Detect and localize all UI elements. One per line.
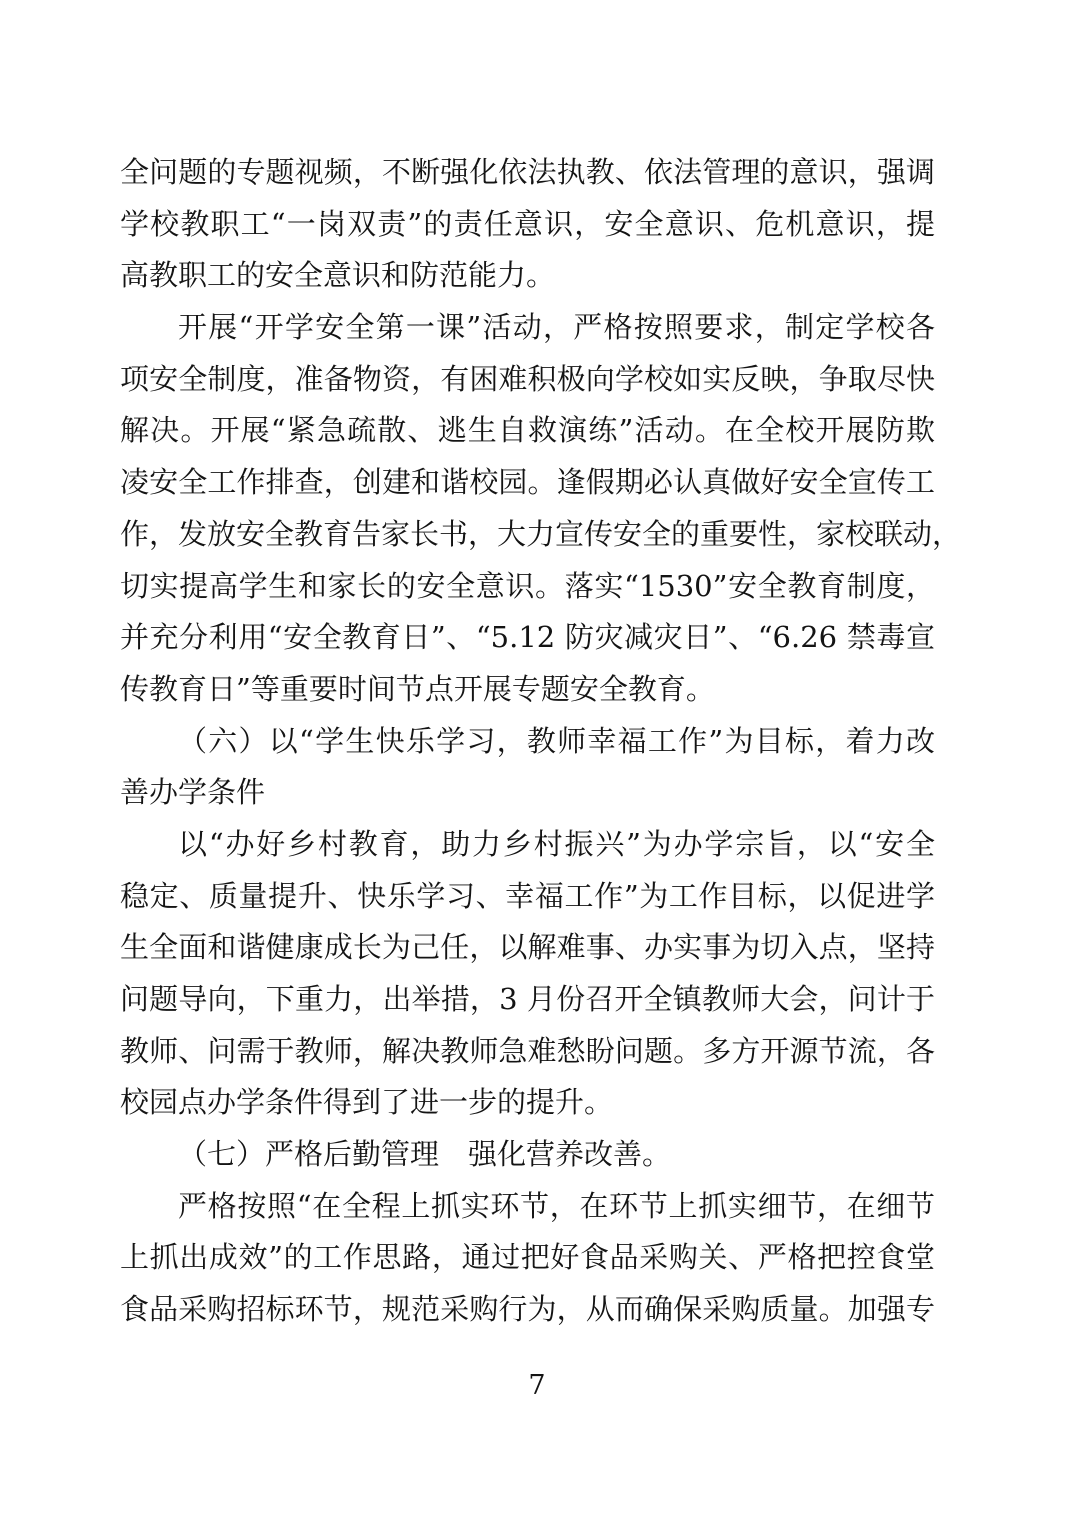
section-heading-6-cont: 善办学条件 xyxy=(120,767,935,819)
text-line: 高教职工的安全意识和防范能力。 xyxy=(120,250,935,302)
text-line: 并充分利用“安全教育日”、“5.12 防灾减灾日”、“6.26 禁毒宣 xyxy=(120,612,935,664)
section-heading-7: （七）严格后勤管理 强化营养改善。 xyxy=(120,1129,935,1181)
text-line: 全问题的专题视频，不断强化依法执教、依法管理的意识，强调 xyxy=(120,147,935,199)
page-number: 7 xyxy=(0,1370,1074,1402)
text-line: 学校教职工“一岗双责”的责任意识，安全意识、危机意识，提 xyxy=(120,199,935,251)
document-body: 全问题的专题视频，不断强化依法执教、依法管理的意识，强调 学校教职工“一岗双责”… xyxy=(120,147,935,1336)
text-line: 生全面和谐健康成长为己任，以解难事、办实事为切入点，坚持 xyxy=(120,922,935,974)
text-line: 作，发放安全教育告家长书，大力宣传安全的重要性，家校联动， xyxy=(120,509,935,561)
text-line: 以“办好乡村教育，助力乡村振兴”为办学宗旨，以“安全 xyxy=(120,819,935,871)
text-line: 严格按照“在全程上抓实环节，在环节上抓实细节，在细节 xyxy=(120,1181,935,1233)
text-line: 教师、问需于教师，解决教师急难愁盼问题。多方开源节流，各 xyxy=(120,1026,935,1078)
section-heading-6: （六）以“学生快乐学习，教师幸福工作”为目标，着力改 xyxy=(120,716,935,768)
text-line: 上抓出成效”的工作思路，通过把好食品采购关、严格把控食堂 xyxy=(120,1232,935,1284)
text-line: 稳定、质量提升、快乐学习、幸福工作”为工作目标，以促进学 xyxy=(120,871,935,923)
text-line: 问题导向，下重力，出举措，3 月份召开全镇教师大会，问计于 xyxy=(120,974,935,1026)
text-line: 开展“开学安全第一课”活动，严格按照要求，制定学校各 xyxy=(120,302,935,354)
text-line: 切实提高学生和家长的安全意识。落实“1530”安全教育制度， xyxy=(120,561,935,613)
document-page: 全问题的专题视频，不断强化依法执教、依法管理的意识，强调 学校教职工“一岗双责”… xyxy=(0,0,1074,1520)
text-line: 食品采购招标环节，规范采购行为，从而确保采购质量。加强专 xyxy=(120,1284,935,1336)
text-line: 解决。开展“紧急疏散、逃生自救演练”活动。在全校开展防欺 xyxy=(120,405,935,457)
text-line: 项安全制度，准备物资，有困难积极向学校如实反映，争取尽快 xyxy=(120,354,935,406)
text-line: 凌安全工作排查，创建和谐校园。逢假期必认真做好安全宣传工 xyxy=(120,457,935,509)
text-line: 传教育日”等重要时间节点开展专题安全教育。 xyxy=(120,664,935,716)
text-line: 校园点办学条件得到了进一步的提升。 xyxy=(120,1077,935,1129)
